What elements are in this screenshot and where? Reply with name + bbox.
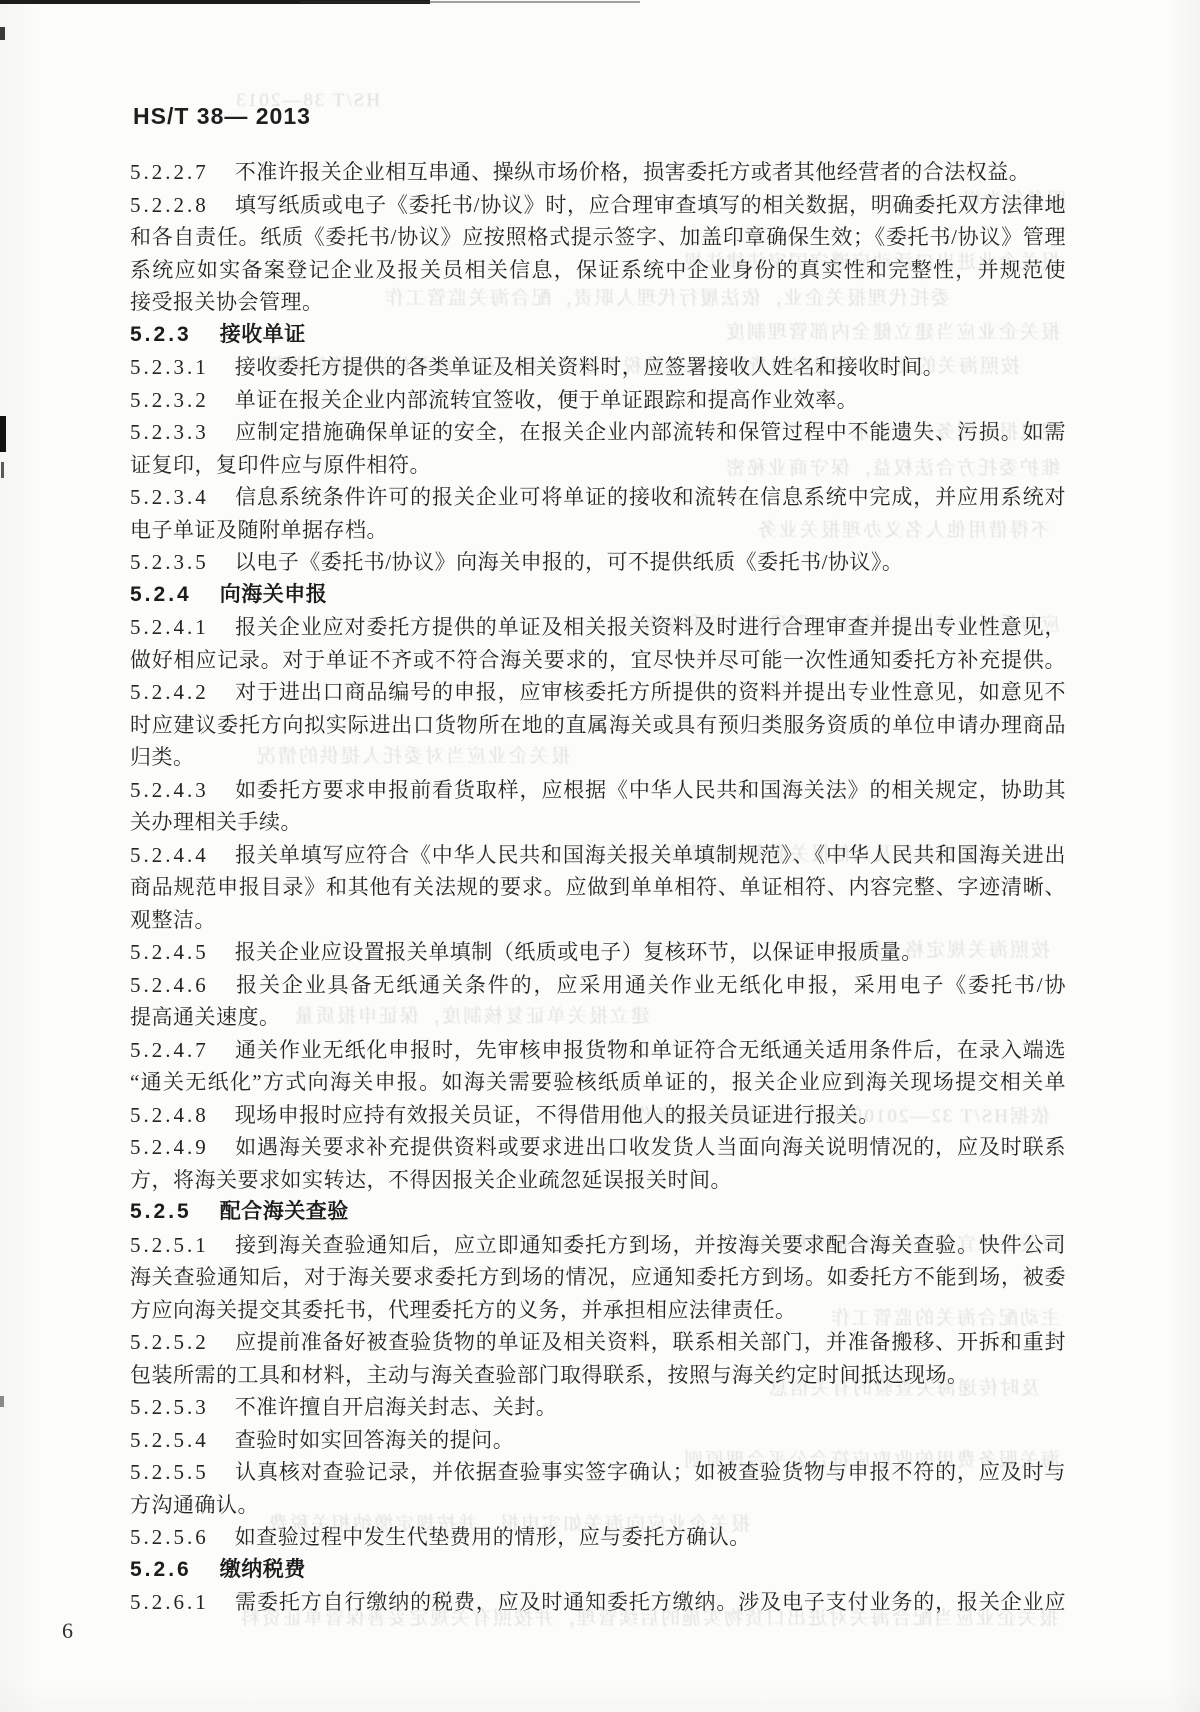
clause-text: 单证在报关企业内部流转宜签收，便于单证跟踪和提高作业效率。	[235, 388, 859, 412]
clause-text-line: 5.2.5.2应提前准备好被查验货物的单证及相关资料，联系相关部门，并准备搬移、…	[130, 1326, 1066, 1359]
clause-number: 5.2.2.7	[130, 160, 209, 184]
clause-text: 系统应如实备案登记企业及报关员相关信息，保证系统中企业身份的真实性和完整性，并规…	[130, 258, 1066, 287]
scan-artifact-left-mark	[0, 1396, 4, 1407]
clause-heading-line: 5.2.6缴纳税费	[130, 1554, 1066, 1587]
clause-text: 如遇海关要求补充提供资料或要求进出口收发货人当面向海关说明情况的，应及时联系委托	[130, 1135, 1066, 1164]
clause-number: 5.2.3.3	[130, 420, 209, 444]
clause-text-line: 5.2.4.3如委托方要求申报前看货取样，应根据《中华人民共和国海关法》的相关规…	[130, 774, 1066, 807]
clause-text-line: 方应向海关提交其委托书，代理委托方的义务，并承担相应法律责任。	[130, 1294, 1066, 1327]
scan-artifact-left-mark	[1, 462, 4, 478]
clause-number: 5.2.6	[130, 1558, 192, 1581]
clause-text-line: 关办理相关手续。	[130, 806, 1066, 839]
clause-text: 海关查验通知后，对于海关要求委托方到场的情况，应通知委托方到场。如委托方不能到场…	[130, 1265, 1066, 1294]
clause-text: 信息系统条件许可的报关企业可将单证的接收和流转在信息系统中完成，并应用系统对相关	[130, 485, 1066, 514]
clause-text: 方应向海关提交其委托书，代理委托方的义务，并承担相应法律责任。	[130, 1298, 797, 1322]
clause-text-line: 提高通关速度。	[130, 1001, 1066, 1034]
scan-artifact-top-line	[0, 0, 430, 4]
clause-text: 接到海关查验通知后，应立即通知委托方到场，并按海关要求配合海关查验。快件公司接到	[130, 1233, 1066, 1262]
clause-text: 接收委托方提供的各类单证及相关资料时，应签署接收人姓名和接收时间。	[235, 355, 945, 379]
clause-text: 方，将海关要求如实转达，不得因报关企业疏忽延误报关时间。	[130, 1168, 732, 1192]
clause-number: 5.2.4.9	[130, 1135, 209, 1159]
clause-text: “通关无纸化”方式向海关申报。如海关需要验核纸质单证的，报关企业应到海关现场提交…	[130, 1070, 1066, 1099]
clause-text: 查验时如实回答海关的提问。	[235, 1428, 515, 1452]
clause-number: 5.2.4.2	[130, 680, 209, 704]
clause-text: 提高通关速度。	[130, 1005, 281, 1029]
clause-text: 时应建议委托方向拟实际进出口货物所在地的直属海关或具有预归类服务资质的单位申请办…	[130, 713, 1066, 742]
clause-number: 5.2.4.3	[130, 778, 209, 802]
clause-text-line: 5.2.4.6报关企业具备无纸通关条件的，应采用通关作业无纸化申报，采用电子《委…	[130, 969, 1066, 1002]
clause-text-line: 观整洁。	[130, 904, 1066, 937]
clause-text: 向海关申报	[220, 583, 328, 606]
clause-text: 填写纸质或电子《委托书/协议》时，应合理审查填写的相关数据，明确委托双方法律地位	[130, 193, 1066, 222]
clause-text: 不准许擅自开启海关封志、关封。	[235, 1395, 558, 1419]
clause-text: 缴纳税费	[220, 1558, 306, 1581]
clause-text-line: 5.2.4.5报关企业应设置报关单填制（纸质或电子）复核环节，以保证申报质量。	[130, 936, 1066, 969]
clause-text-line: 5.2.6.1需委托方自行缴纳的税费，应及时通知委托方缴纳。涉及电子支付业务的，…	[130, 1586, 1066, 1619]
clause-number: 5.2.3	[130, 323, 192, 346]
document-body: 5.2.2.7不准许报关企业相互串通、操纵市场价格，损害委托方或者其他经营者的合…	[130, 156, 1066, 1619]
clause-text: 和各自责任。纸质《委托书/协议》应按照格式提示签字、加盖印章确保生效；《委托书/…	[130, 225, 1066, 249]
clause-text: 认真核对查验记录，并依据查验事实签字确认；如被查验货物与申报不符的，应及时与委托	[130, 1460, 1066, 1489]
clause-text: 包装所需的工具和材料，主动与海关查验部门取得联系，按照与海关约定时间抵达现场。	[130, 1363, 969, 1387]
clause-text-line: 5.2.4.1报关企业应对委托方提供的单证及相关报关资料及时进行合理审查并提出专…	[130, 611, 1066, 644]
clause-text: 应提前准备好被查验货物的单证及相关资料，联系相关部门，并准备搬移、开拆和重封货物	[130, 1330, 1066, 1359]
clause-text: 关办理相关手续。	[130, 810, 302, 834]
clause-number: 5.2.5.3	[130, 1395, 209, 1419]
clause-text-line: 5.2.4.2对于进出口商品编号的申报，应审核委托方所提供的资料并提出专业性意见…	[130, 676, 1066, 709]
clause-text: 现场申报时应持有效报关员证，不得借用他人的报关员证进行报关。	[235, 1103, 880, 1127]
scan-artifact-left-mark	[0, 416, 6, 452]
clause-text-line: 商品规范申报目录》和其他有关法规的要求。应做到单单相符、单证相符、内容完整、字迹…	[130, 871, 1066, 904]
clause-text: 归类。	[130, 745, 195, 769]
clause-number: 5.2.4.8	[130, 1103, 209, 1127]
clause-text-line: 5.2.5.3不准许擅自开启海关封志、关封。	[130, 1391, 1066, 1424]
clause-text: 证复印，复印件应与原件相符。	[130, 453, 431, 477]
clause-text-line: 5.2.3.2单证在报关企业内部流转宜签收，便于单证跟踪和提高作业效率。	[130, 384, 1066, 417]
clause-number: 5.2.2.8	[130, 193, 209, 217]
clause-text-line: 5.2.4.8现场申报时应持有效报关员证，不得借用他人的报关员证进行报关。	[130, 1099, 1066, 1132]
clause-text-line: 5.2.3.4信息系统条件许可的报关企业可将单证的接收和流转在信息系统中完成，并…	[130, 481, 1066, 514]
clause-number: 5.2.4.6	[130, 973, 209, 997]
clause-text: 观整洁。	[130, 908, 216, 932]
clause-text: 做好相应记录。对于单证不齐或不符合海关要求的，宜尽快并尽可能一次性通知委托方补充…	[130, 648, 1066, 672]
clause-text: 如查验过程中发生代垫费用的情形，应与委托方确认。	[235, 1525, 751, 1549]
page-number: 6	[62, 1616, 73, 1646]
clause-text-line: 5.2.4.7通关作业无纸化申报时，先审核申报货物和单证符合无纸通关适用条件后，…	[130, 1034, 1066, 1067]
clause-heading-line: 5.2.5配合海关查验	[130, 1196, 1066, 1229]
clause-number: 5.2.3.1	[130, 355, 209, 379]
clause-text-line: 方，将海关要求如实转达，不得因报关企业疏忽延误报关时间。	[130, 1164, 1066, 1197]
clause-text-line: 5.2.3.3应制定措施确保单证的安全，在报关企业内部流转和保管过程中不能遗失、…	[130, 416, 1066, 449]
clause-text-line: 和各自责任。纸质《委托书/协议》应按照格式提示签字、加盖印章确保生效；《委托书/…	[130, 221, 1066, 254]
clause-number: 5.2.4.7	[130, 1038, 209, 1062]
clause-text: 报关企业应对委托方提供的单证及相关报关资料及时进行合理审查并提出专业性意见，同时	[130, 615, 1066, 644]
clause-number: 5.2.3.4	[130, 485, 209, 509]
clause-text: 报关单填写应符合《中华人民共和国海关报关单填制规范》、《中华人民共和国海关进出口	[130, 843, 1066, 872]
clause-number: 5.2.5	[130, 1200, 192, 1223]
clause-text: 接收单证	[220, 323, 306, 346]
scan-artifact-top-line-faint	[300, 1, 640, 3]
clause-heading-line: 5.2.3接收单证	[130, 319, 1066, 352]
clause-text: 对于进出口商品编号的申报，应审核委托方所提供的资料并提出专业性意见，如意见不一致	[130, 680, 1066, 709]
clause-number: 5.2.5.4	[130, 1428, 209, 1452]
clause-text: 如委托方要求申报前看货取样，应根据《中华人民共和国海关法》的相关规定，协助其向海	[130, 778, 1066, 807]
clause-number: 5.2.4.4	[130, 843, 209, 867]
clause-text: 配合海关查验	[220, 1200, 349, 1223]
clause-text-line: 方沟通确认。	[130, 1489, 1066, 1522]
clause-text-line: 5.2.3.1接收委托方提供的各类单证及相关资料时，应签署接收人姓名和接收时间。	[130, 351, 1066, 384]
clause-text: 报关企业具备无纸通关条件的，应采用通关作业无纸化申报，采用电子《委托书/协议》，…	[130, 973, 1066, 1002]
clause-text-line: 时应建议委托方向拟实际进出口货物所在地的直属海关或具有预归类服务资质的单位申请办…	[130, 709, 1066, 742]
clause-text-line: 5.2.2.8填写纸质或电子《委托书/协议》时，应合理审查填写的相关数据，明确委…	[130, 189, 1066, 222]
clause-text-line: 5.2.3.5以电子《委托书/协议》向海关申报的，可不提供纸质《委托书/协议》。	[130, 546, 1066, 579]
clause-text: 报关企业应设置报关单填制（纸质或电子）复核环节，以保证申报质量。	[235, 940, 923, 964]
clause-text: 应制定措施确保单证的安全，在报关企业内部流转和保管过程中不能遗失、污损。如需对单	[130, 420, 1066, 449]
clause-text: 方沟通确认。	[130, 1493, 259, 1517]
clause-text-line: 5.2.4.9如遇海关要求补充提供资料或要求进出口收发货人当面向海关说明情况的，…	[130, 1131, 1066, 1164]
clause-text-line: 海关查验通知后，对于海关要求委托方到场的情况，应通知委托方到场。如委托方不能到场…	[130, 1261, 1066, 1294]
clause-heading-line: 5.2.4向海关申报	[130, 579, 1066, 612]
clause-number: 5.2.5.2	[130, 1330, 209, 1354]
clause-text-line: 系统应如实备案登记企业及报关员相关信息，保证系统中企业身份的真实性和完整性，并规…	[130, 254, 1066, 287]
clause-number: 5.2.4.5	[130, 940, 209, 964]
clause-number: 5.2.3.2	[130, 388, 209, 412]
clause-number: 5.2.6.1	[130, 1590, 209, 1614]
standard-code-header: HS/T 38— 2013	[133, 103, 311, 130]
clause-text: 电子单证及随附单据存档。	[130, 518, 388, 542]
clause-number: 5.2.5.1	[130, 1233, 209, 1257]
clause-text-line: 5.2.5.4查验时如实回答海关的提问。	[130, 1424, 1066, 1457]
clause-text-line: 5.2.5.5认真核对查验记录，并依据查验事实签字确认；如被查验货物与申报不符的…	[130, 1456, 1066, 1489]
clause-number: 5.2.5.5	[130, 1460, 209, 1484]
scan-artifact-left-mark	[0, 27, 5, 40]
clause-text-line: 证复印，复印件应与原件相符。	[130, 449, 1066, 482]
clause-number: 5.2.3.5	[130, 550, 209, 574]
clause-text-line: 5.2.4.4报关单填写应符合《中华人民共和国海关报关单填制规范》、《中华人民共…	[130, 839, 1066, 872]
clause-text: 商品规范申报目录》和其他有关法规的要求。应做到单单相符、单证相符、内容完整、字迹…	[130, 875, 1066, 904]
clause-text-line: 做好相应记录。对于单证不齐或不符合海关要求的，宜尽快并尽可能一次性通知委托方补充…	[130, 644, 1066, 677]
clause-number: 5.2.4.1	[130, 615, 209, 639]
clause-text-line: “通关无纸化”方式向海关申报。如海关需要验核纸质单证的，报关企业应到海关现场提交…	[130, 1066, 1066, 1099]
clause-text-line: 包装所需的工具和材料，主动与海关查验部门取得联系，按照与海关约定时间抵达现场。	[130, 1359, 1066, 1392]
clause-text: 通关作业无纸化申报时，先审核申报货物和单证符合无纸通关适用条件后，在录入端选择	[130, 1038, 1066, 1067]
clause-number: 5.2.5.6	[130, 1525, 209, 1549]
clause-text-line: 归类。	[130, 741, 1066, 774]
clause-text-line: 5.2.2.7不准许报关企业相互串通、操纵市场价格，损害委托方或者其他经营者的合…	[130, 156, 1066, 189]
clause-text-line: 电子单证及随附单据存档。	[130, 514, 1066, 547]
clause-text-line: 5.2.5.1接到海关查验通知后，应立即通知委托方到场，并按海关要求配合海关查验…	[130, 1229, 1066, 1262]
clause-text-line: 5.2.5.6如查验过程中发生代垫费用的情形，应与委托方确认。	[130, 1521, 1066, 1554]
scanned-page: { "page": { "header": "HS/T 38— 2013", "…	[0, 0, 1200, 1712]
clause-number: 5.2.4	[130, 583, 192, 606]
clause-text: 需委托方自行缴纳的税费，应及时通知委托方缴纳。涉及电子支付业务的，报关企业应在进	[130, 1590, 1066, 1619]
clause-text: 接受报关协会管理。	[130, 290, 324, 314]
clause-text-line: 接受报关协会管理。	[130, 286, 1066, 319]
clause-text: 以电子《委托书/协议》向海关申报的，可不提供纸质《委托书/协议》。	[235, 550, 904, 574]
clause-text: 不准许报关企业相互串通、操纵市场价格，损害委托方或者其他经营者的合法权益。	[235, 160, 1031, 184]
